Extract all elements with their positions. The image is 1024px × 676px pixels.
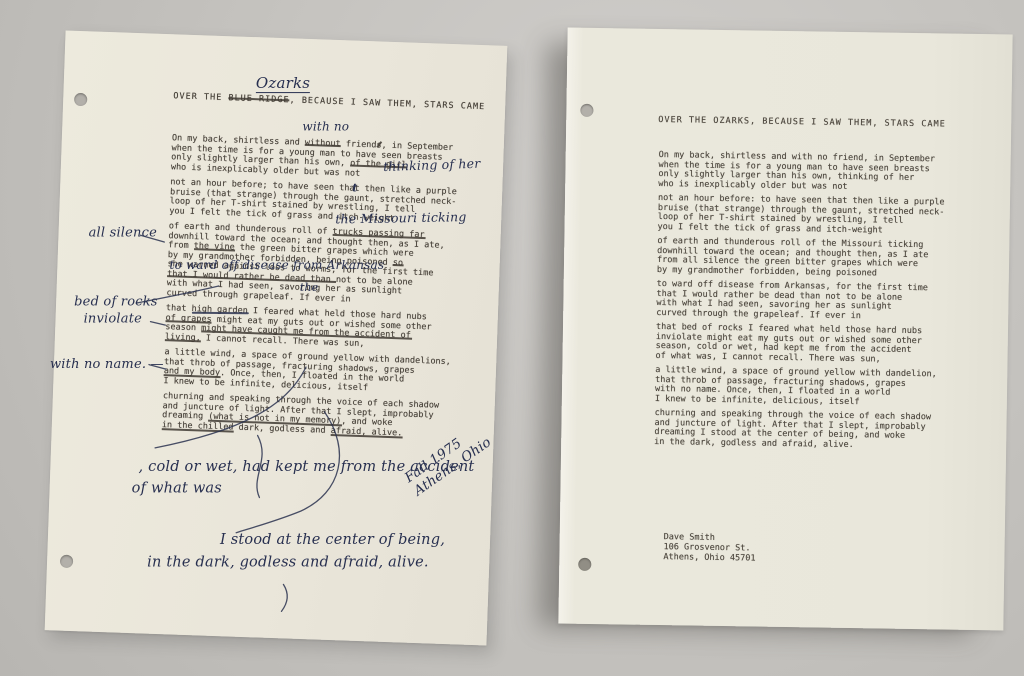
author-city: Athens, Ohio 45701 [663,552,755,563]
punch-hole [580,104,593,117]
stanza: a little wind, a space of ground yellow … [655,366,966,409]
margin-note: inviolate [84,311,143,326]
stanza: churning and speaking through the voice … [162,392,473,441]
handwritten-letter-fix: t [352,182,357,195]
poem-body-final: On my back, shirtless and with no friend… [654,151,969,457]
pen-stroke [281,584,287,611]
right-manuscript-page: OVER THE OZARKS, BECAUSE I SAW THEM, STA… [558,28,1012,631]
handwritten-note: in the dark, godless and afraid, alive. [147,555,429,571]
punch-hole [60,555,73,568]
pen-stroke [150,322,165,326]
stanza: a little wind, a space of ground yellow … [163,348,474,397]
stanza: churning and speaking through the voice … [654,409,965,452]
stanza: to ward off disease from Arkansas, for t… [656,280,967,323]
handwritten-insertion: to ward off disease from Arkansas [170,258,385,272]
author-address-block: Dave Smith 106 Grosvenor St. Athens, Ohi… [663,532,756,563]
poem-title-final: OVER THE OZARKS, BECAUSE I SAW THEM, STA… [658,115,946,130]
handwritten-note: of what was [132,481,222,497]
photo-of-manuscript-pages: OVER THE BLUE RIDGE, BECAUSE I SAW THEM,… [0,0,1024,676]
stanza: of earth and thunderous roll of the Miss… [657,237,968,280]
handwritten-title-correction: Ozarks [256,74,310,93]
punch-hole [578,558,591,571]
stanza: that bed of rocks I feared what held tho… [655,323,966,366]
left-manuscript-page: OVER THE BLUE RIDGE, BECAUSE I SAW THEM,… [45,30,508,645]
handwritten-insertion: with no [302,120,349,134]
stanza: On my back, shirtless and with no friend… [658,151,969,194]
margin-note: all silence [89,226,157,241]
stanza: not an hour before: to have seen that th… [658,194,969,237]
handwritten-insertion: the Missouri ticking [335,209,466,226]
punch-hole [74,93,87,106]
handwritten-note: I stood at the center of being, [220,532,445,548]
handwritten-insertion: the [300,281,319,294]
margin-note: with no name. — [50,357,164,372]
poem-body-draft: On my back, shirtless and without friend… [162,134,482,447]
strikethrough-mark [393,264,404,266]
margin-note: bed of rocks [74,294,158,309]
strikethrough-mark [192,311,249,313]
poem-title-draft: OVER THE BLUE RIDGE, BECAUSE I SAW THEM,… [173,91,485,112]
